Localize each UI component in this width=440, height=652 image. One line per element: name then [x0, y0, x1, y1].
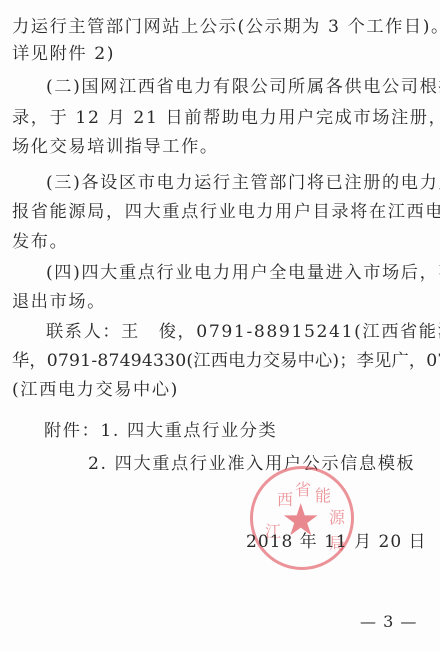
- paragraph-line: 场化交易培训指导工作。: [12, 136, 430, 158]
- paragraph-line: 录，于 12 月 21 日前帮助电力用户完成市场注册，并做好电力市: [12, 107, 430, 129]
- paragraph-line: 力运行主管部门网站上公示(公示期为 3 个工作日)。(公示模板: [12, 16, 430, 38]
- contacts-line: (江西电力交易中心): [12, 379, 430, 401]
- paragraph-line: 退出市场。: [12, 291, 430, 313]
- page-number: — 3 —: [360, 612, 417, 631]
- paragraph-line: 发布。: [12, 231, 430, 253]
- seal-char: 源: [329, 505, 345, 528]
- attachment-item: 2. 四大重点行业准入用户公示信息模板: [88, 453, 415, 475]
- contacts-start: 联系人：王 俊，0791-88915241(江西省能源局) ；谢忠: [46, 321, 430, 343]
- paragraph-line: 报省能源局，四大重点行业电力用户目录将在江西电力交易平台: [12, 201, 430, 223]
- paragraph-3-start: (三)各设区市电力运行主管部门将已注册的电力用户目录: [46, 172, 430, 194]
- paragraph-2-start: (二)国网江西省电力有限公司所属各供电公司根据公示目: [46, 76, 430, 98]
- contacts-line: 华，0791-87494330(江西电力交易中心)；李见广，0791-87493…: [12, 350, 430, 372]
- attachments-row-1: 附件：1. 四大重点行业分类: [44, 420, 277, 442]
- attachment-item: 1. 四大重点行业分类: [100, 421, 277, 441]
- document-date: 2018 年 11 月 20 日: [246, 527, 427, 552]
- paragraph-line: 详见附件 2): [12, 43, 430, 65]
- official-seal: 江 西 省 能 源 局 ★: [250, 466, 354, 570]
- paragraph-4-start: (四)四大重点行业电力用户全电量进入市场后，不得随意: [46, 262, 430, 284]
- attachments-label: 附件：: [44, 421, 100, 441]
